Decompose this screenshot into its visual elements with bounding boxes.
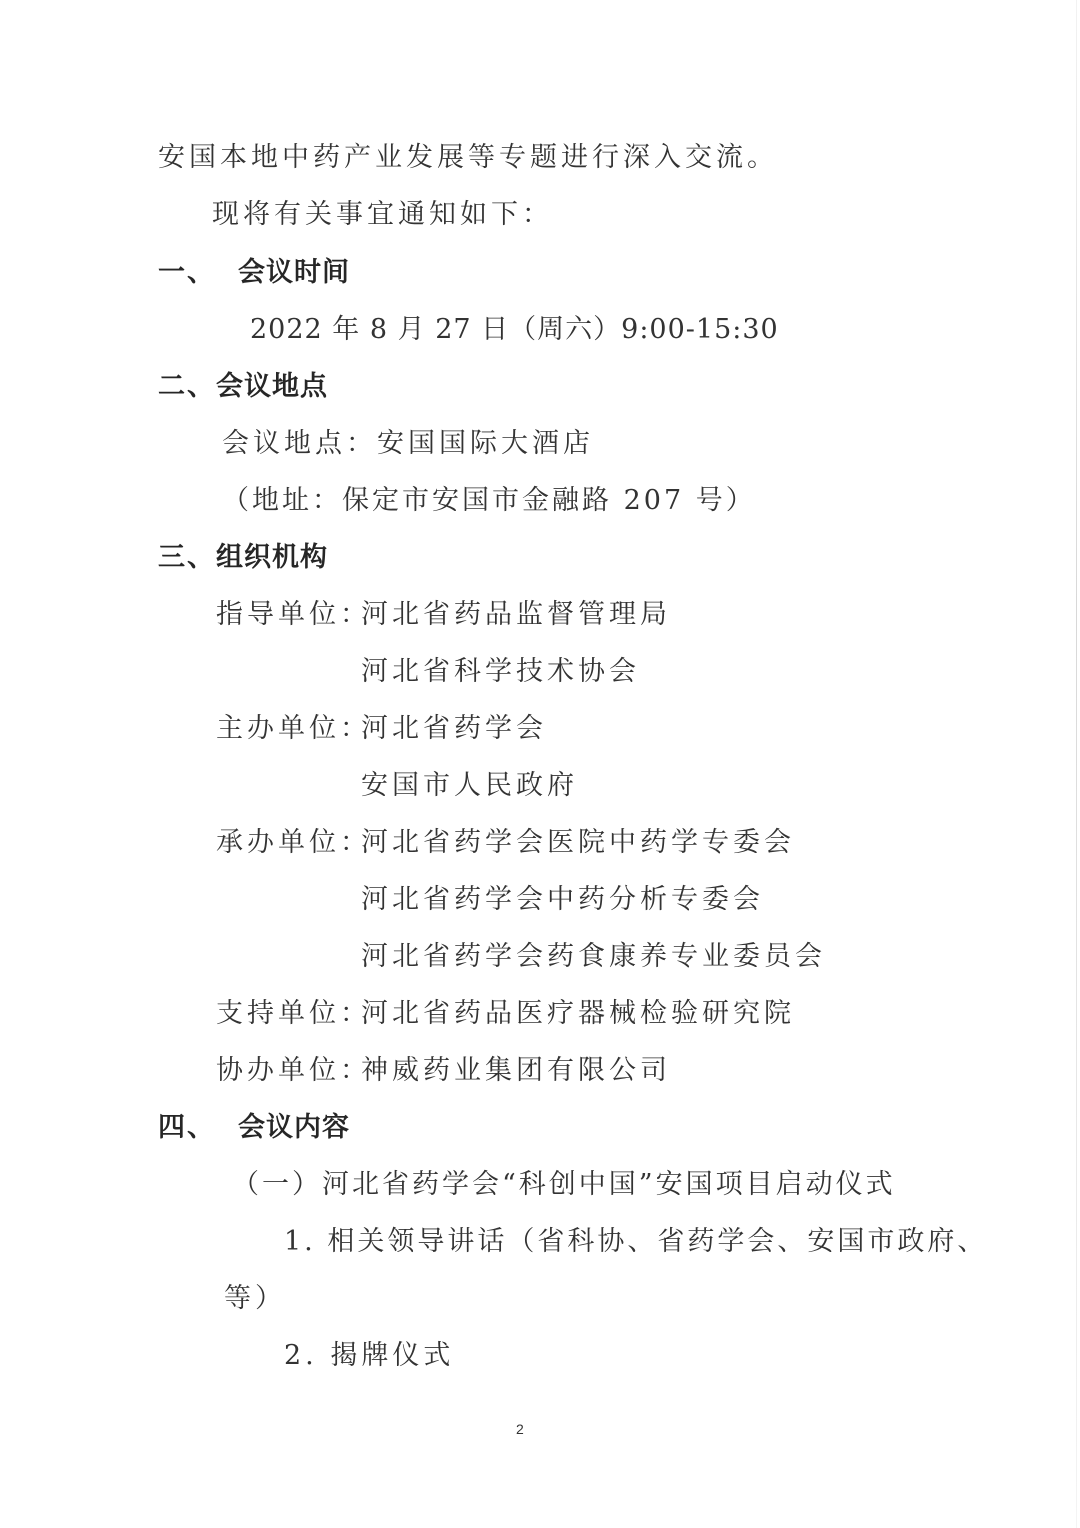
org-label: 承办单位： (216, 826, 361, 860)
page-number: 2 (516, 1421, 524, 1437)
section-title: 会议地点 (216, 371, 328, 402)
org-row-host: 主办单位：河北省药学会 (216, 712, 547, 746)
section-title: 组织机构 (216, 542, 328, 573)
section-heading-content: 四、会议内容 (158, 1111, 350, 1145)
notice-lead: 现将有关事宜通知如下： (212, 198, 553, 232)
meeting-time: 2022 年 8 月 27 日（周六）9:00-15:30 (250, 313, 779, 347)
org-row-organizer: 承办单位：河北省药学会医院中药学专委会 (216, 826, 795, 860)
org-unit: 神威药业集团有限公司 (361, 1055, 671, 1086)
org-label: 主办单位： (216, 712, 361, 746)
org-unit: 河北省药学会药食康养专业委员会 (361, 940, 826, 974)
org-unit: 河北省药品医疗器械检验研究院 (361, 998, 795, 1029)
org-unit: 河北省药学会医院中药学专委会 (361, 827, 795, 858)
section-title: 会议时间 (238, 257, 350, 288)
venue-address: （地址：保定市安国市金融路 207 号） (222, 484, 756, 518)
page-edge-line (1076, 0, 1077, 1528)
org-unit: 河北省药学会中药分析专委会 (361, 883, 764, 917)
org-unit: 河北省科学技术协会 (361, 655, 640, 689)
venue-name: 会议地点：安国国际大酒店 (222, 427, 594, 461)
org-label: 指导单位： (216, 598, 361, 632)
section-number: 三、 (158, 542, 216, 573)
org-row-co-organizer: 协办单位：神威药业集团有限公司 (216, 1054, 671, 1088)
org-row-guidance: 指导单位：河北省药品监督管理局 (216, 598, 671, 632)
org-unit: 河北省药学会 (361, 713, 547, 744)
org-label: 协办单位： (216, 1054, 361, 1088)
agenda-item: 2. 揭牌仪式 (284, 1339, 454, 1373)
intro-tail-paragraph: 安国本地中药产业发展等专题进行深入交流。 (158, 141, 778, 175)
org-row-support: 支持单位：河北省药品医疗器械检验研究院 (216, 997, 795, 1031)
org-label: 支持单位： (216, 997, 361, 1031)
section-number: 一、 (158, 257, 216, 288)
section-heading-organization: 三、组织机构 (158, 541, 328, 575)
section-title: 会议内容 (238, 1112, 350, 1143)
section-heading-venue: 二、会议地点 (158, 370, 328, 404)
section-heading-time: 一、会议时间 (158, 256, 350, 290)
agenda-item: 1. 相关领导讲话（省科协、省药学会、安国市政府、 (284, 1225, 987, 1259)
agenda-item-continuation: 等） (224, 1282, 286, 1316)
section-number: 四、 (158, 1112, 216, 1143)
subsection-title: （一）河北省药学会“科创中国”安国项目启动仪式 (232, 1168, 896, 1202)
org-unit: 安国市人民政府 (361, 769, 578, 803)
org-unit: 河北省药品监督管理局 (361, 599, 671, 630)
document-page: 安国本地中药产业发展等专题进行深入交流。 现将有关事宜通知如下： 一、会议时间 … (0, 0, 1080, 1528)
section-number: 二、 (158, 371, 216, 402)
